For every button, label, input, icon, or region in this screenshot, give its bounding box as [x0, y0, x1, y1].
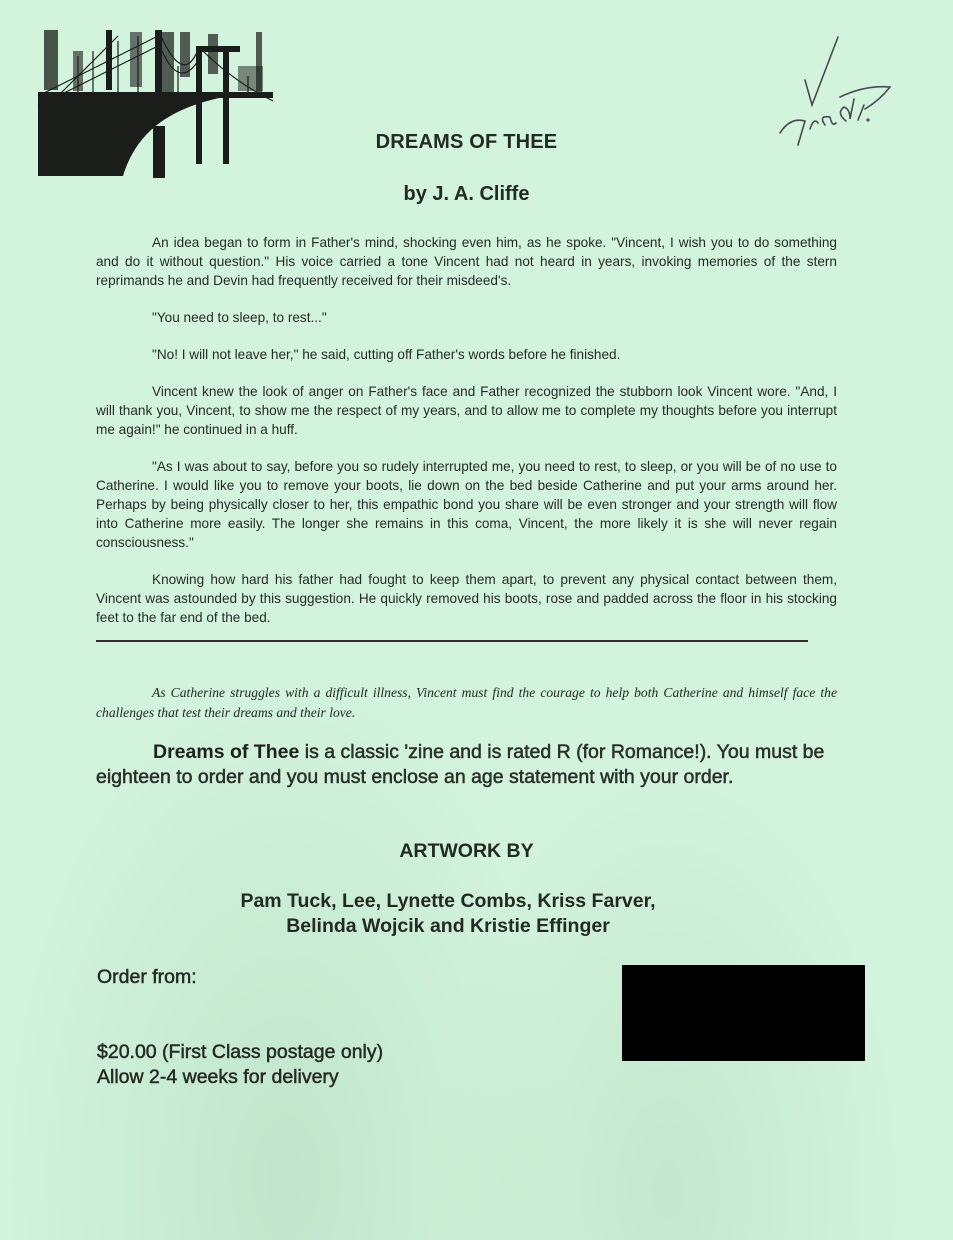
- story-paragraph: "As I was about to say, before you so ru…: [96, 457, 837, 552]
- author-byline: by J. A. Cliffe: [0, 183, 933, 206]
- story-paragraph: An idea began to form in Father's mind, …: [96, 233, 837, 290]
- section-divider: [96, 640, 808, 642]
- order-details: $20.00 (First Class postage only) Allow …: [97, 1040, 383, 1090]
- blurb-text: As Catherine struggles with a difficult …: [96, 683, 837, 723]
- story-excerpt: An idea began to form in Father's mind, …: [96, 233, 837, 645]
- artist-line: Pam Tuck, Lee, Lynette Combs, Kriss Farv…: [0, 889, 896, 914]
- artist-line: Belinda Wojcik and Kristie Effinger: [0, 914, 896, 939]
- artist-credits: Pam Tuck, Lee, Lynette Combs, Kriss Farv…: [0, 889, 896, 939]
- story-paragraph: "You need to sleep, to rest...": [96, 308, 837, 327]
- rating-notice: Dreams of Thee is a classic 'zine and is…: [96, 740, 841, 790]
- redacted-address-block: [622, 965, 865, 1061]
- page-title: DREAMS OF THEE: [0, 131, 933, 154]
- price-text: $20.00 (First Class postage only): [97, 1040, 383, 1065]
- order-from-label: Order from:: [97, 966, 197, 989]
- story-paragraph: Vincent knew the look of anger on Father…: [96, 382, 837, 439]
- story-paragraph: "No! I will not leave her," he said, cut…: [96, 345, 837, 364]
- delivery-text: Allow 2-4 weeks for delivery: [97, 1065, 383, 1090]
- artwork-heading: ARTWORK BY: [0, 840, 933, 863]
- story-paragraph: Knowing how hard his father had fought t…: [96, 570, 837, 627]
- story-blurb: As Catherine struggles with a difficult …: [96, 683, 837, 723]
- zine-name: Dreams of Thee: [153, 741, 299, 763]
- bridge-illustration-icon: [18, 26, 273, 178]
